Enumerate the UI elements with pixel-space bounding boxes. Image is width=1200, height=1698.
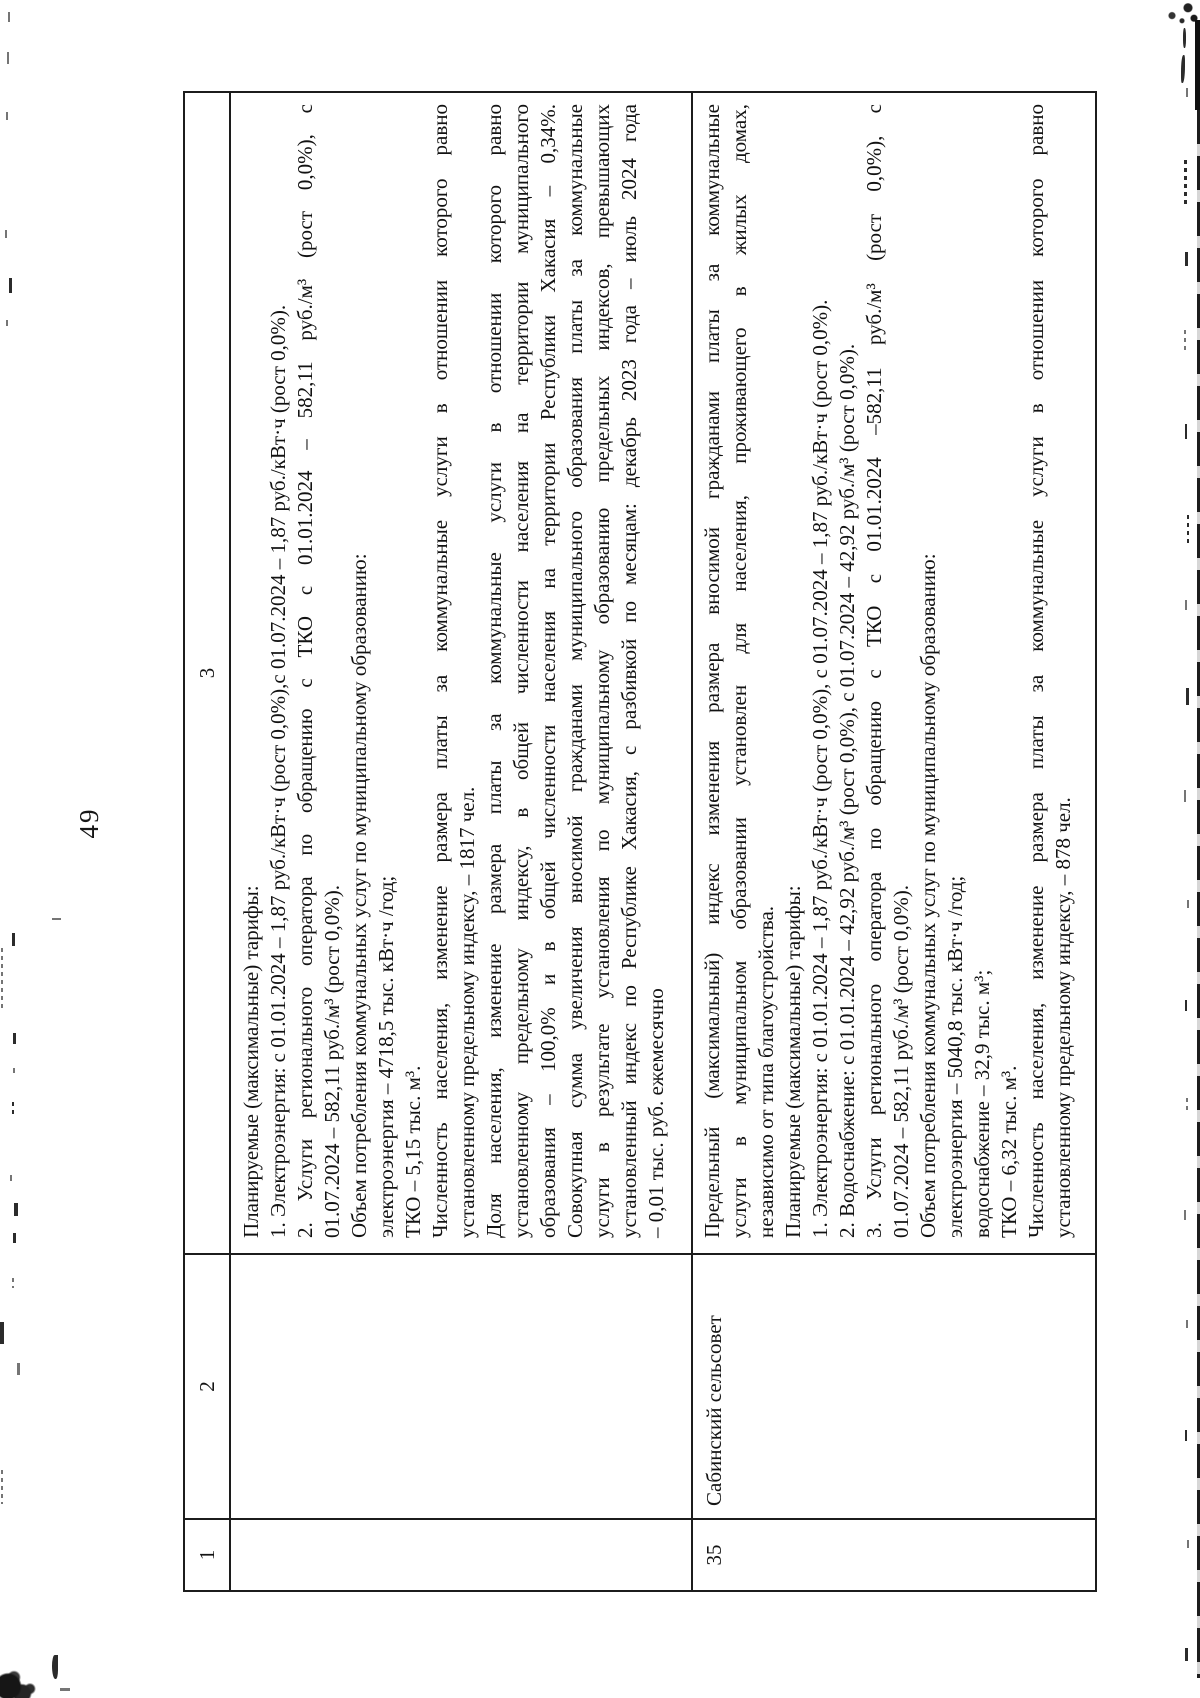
table-cell-text-line: 01.07.2024 – 582,11 руб./м³ (рост 0,0%). — [319, 104, 346, 1238]
table-cell-text-line: услуги в результате установления по муни… — [589, 104, 616, 1238]
table-cell-text-line: Планируемые (максимальные) тарифы: — [780, 104, 807, 1238]
table-cell-text-line: ТКО – 6,32 тыс. м³. — [996, 104, 1023, 1238]
header-cell-3: 3 — [185, 93, 229, 1255]
table-cell-text-line: Планируемые (максимальные) тарифы: — [238, 104, 265, 1238]
table-cell-text-line: 01.07.2024 – 582,11 руб./м³ (рост 0,0%). — [888, 104, 915, 1238]
scanned-document-page: 49 1 2 3 Планируемые (максимальные) тари… — [0, 0, 1200, 1698]
row-35-details-cell: Предельный (максимальный) индекс изменен… — [691, 93, 1095, 1255]
table-cell-text-line: Предельный (максимальный) индекс изменен… — [699, 104, 726, 1238]
row-continued-name-cell — [229, 1255, 691, 1520]
table-cell-text-line: Совокупная сумма увеличения вносимой гра… — [562, 104, 589, 1238]
table-cell-text-line: Объем потребления коммунальных услуг по … — [346, 104, 373, 1238]
table-cell-text-line: 1. Электроэнергия: с 01.01.2024 – 1,87 р… — [265, 104, 292, 1238]
row-35-name-cell: Сабинский сельсовет — [691, 1255, 1095, 1520]
table-cell-text-line: услуги в муниципальном образовании устан… — [726, 104, 753, 1238]
table-cell-text-line: 1. Электроэнергия: с 01.01.2024 – 1,87 р… — [807, 104, 834, 1238]
table-cell-text-line: установленный индекс по Республике Хакас… — [616, 104, 643, 1238]
header-cell-1: 1 — [185, 1520, 229, 1590]
page-number: 49 — [74, 766, 105, 880]
table-cell-text-line: Численность населения, изменение размера… — [1023, 104, 1050, 1238]
table-cell-text-line: 2. Водоснабжение: с 01.01.2024 – 42,92 р… — [834, 104, 861, 1238]
row-35-number-cell: 35 — [691, 1520, 1095, 1590]
table-cell-text-line: Численность населения, изменение размера… — [427, 104, 454, 1238]
table-cell-text-line: 2. Услуги регионального оператора по обр… — [292, 104, 319, 1238]
table-cell-text-line: Доля населения, изменение размера платы … — [481, 104, 508, 1238]
table-cell-text-line: установленному предельному индексу, – 18… — [454, 104, 481, 1238]
tariff-table: 1 2 3 Планируемые (максимальные) тарифы:… — [183, 91, 1097, 1592]
table-cell-text-line: 3. Услуги регионального оператора по обр… — [861, 104, 888, 1238]
header-cell-2: 2 — [185, 1255, 229, 1520]
table-cell-text-line: установленному предельному индексу, в об… — [508, 104, 535, 1238]
table-cell-text-line: Объем потребления коммунальных услуг по … — [915, 104, 942, 1238]
table-cell-text-line: ТКО – 5,15 тыс. м³. — [400, 104, 427, 1238]
table-cell-text-line: образования – 100,0% и в общей численнос… — [535, 104, 562, 1238]
table-cell-text-line: водоснабжение – 32,9 тыс. м³; — [969, 104, 996, 1238]
row-continued-number-cell — [229, 1520, 691, 1590]
table-cell-text-line: электроэнергия – 5040,8 тыс. кВт·ч /год; — [942, 104, 969, 1238]
table-cell-text-line: независимо от типа благоустройства. — [753, 104, 780, 1238]
table-cell-text-line: электроэнергия – 4718,5 тыс. кВт·ч /год; — [373, 104, 400, 1238]
rotated-document-content: 49 1 2 3 Планируемые (максимальные) тари… — [0, 0, 1200, 1698]
row-continued-details-cell: Планируемые (максимальные) тарифы:1. Эле… — [229, 93, 691, 1255]
table-cell-text-line: установленному предельному индексу, – 87… — [1050, 104, 1077, 1238]
table-cell-text-line: – 0,01 тыс. руб. ежемесячно — [643, 104, 670, 1238]
